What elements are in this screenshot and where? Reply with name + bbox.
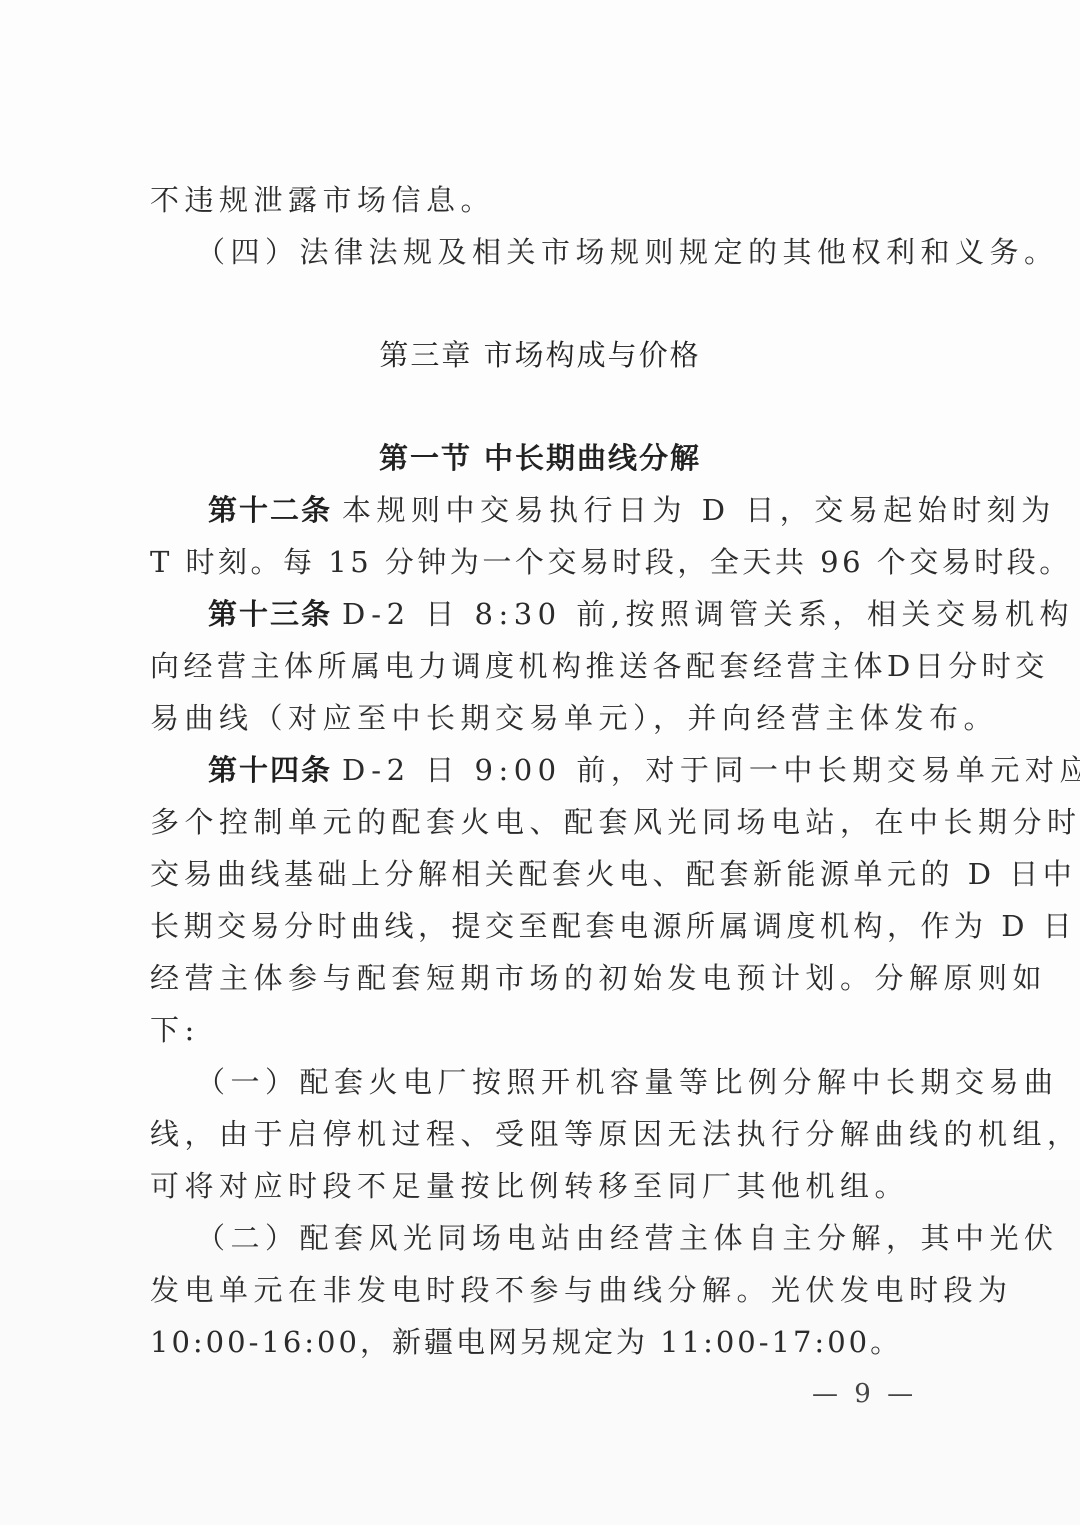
- body-line: 经营主体参与配套短期市场的初始发电预计划。分解原则如: [150, 958, 940, 998]
- article-14-first-line: 第十四条D-2 日 9:00 前，对于同一中长期交易单元对应: [208, 750, 998, 790]
- article-label: 第十三条: [208, 597, 332, 631]
- page-number: — 9 —: [812, 1376, 917, 1412]
- body-line: 下:: [150, 1010, 940, 1050]
- section-title: 第一节 中长期曲线分解: [0, 438, 1080, 478]
- body-line: 交易曲线基础上分解相关配套火电、配套新能源单元的 D 日中: [150, 854, 940, 894]
- body-line: T 时刻。每 15 分钟为一个交易时段，全天共 96 个交易时段。: [150, 542, 940, 582]
- body-line: 10:00-16:00，新疆电网另规定为 11:00-17:00。: [150, 1322, 940, 1362]
- article-text: 本规则中交易执行日为 D 日，交易起始时刻为: [342, 493, 1056, 527]
- article-text: D-2 日 8:30 前,按照调管关系，相关交易机构: [342, 597, 1074, 631]
- article-12-first-line: 第十二条本规则中交易执行日为 D 日，交易起始时刻为: [208, 490, 998, 530]
- article-label: 第十二条: [208, 493, 332, 527]
- body-line: 不违规泄露市场信息。: [150, 180, 940, 220]
- body-line: 线，由于启停机过程、受阻等原因无法执行分解曲线的机组，: [150, 1114, 940, 1154]
- item-2-first-line: （二）配套风光同场电站由经营主体自主分解，其中光伏: [196, 1218, 986, 1258]
- article-label: 第十四条: [208, 753, 332, 787]
- body-line: 向经营主体所属电力调度机构推送各配套经营主体D日分时交: [150, 646, 940, 686]
- article-13-first-line: 第十三条D-2 日 8:30 前,按照调管关系，相关交易机构: [208, 594, 998, 634]
- item-1-first-line: （一）配套火电厂按照开机容量等比例分解中长期交易曲: [196, 1062, 986, 1102]
- article-text: D-2 日 9:00 前，对于同一中长期交易单元对应: [342, 753, 1080, 787]
- body-line: 长期交易分时曲线，提交至配套电源所属调度机构，作为 D 日: [150, 906, 940, 946]
- chapter-title: 第三章 市场构成与价格: [0, 335, 1080, 375]
- body-line: 发电单元在非发电时段不参与曲线分解。光伏发电时段为: [150, 1270, 940, 1310]
- body-line: 多个控制单元的配套火电、配套风光同场电站，在中长期分时: [150, 802, 940, 842]
- body-line: 易曲线（对应至中长期交易单元），并向经营主体发布。: [150, 698, 940, 738]
- body-line: （四）法律法规及相关市场规则规定的其他权利和义务。: [196, 232, 986, 272]
- body-line: 可将对应时段不足量按比例转移至同厂其他机组。: [150, 1166, 940, 1206]
- document-page: 不违规泄露市场信息。 （四）法律法规及相关市场规则规定的其他权利和义务。 第三章…: [0, 0, 1080, 1525]
